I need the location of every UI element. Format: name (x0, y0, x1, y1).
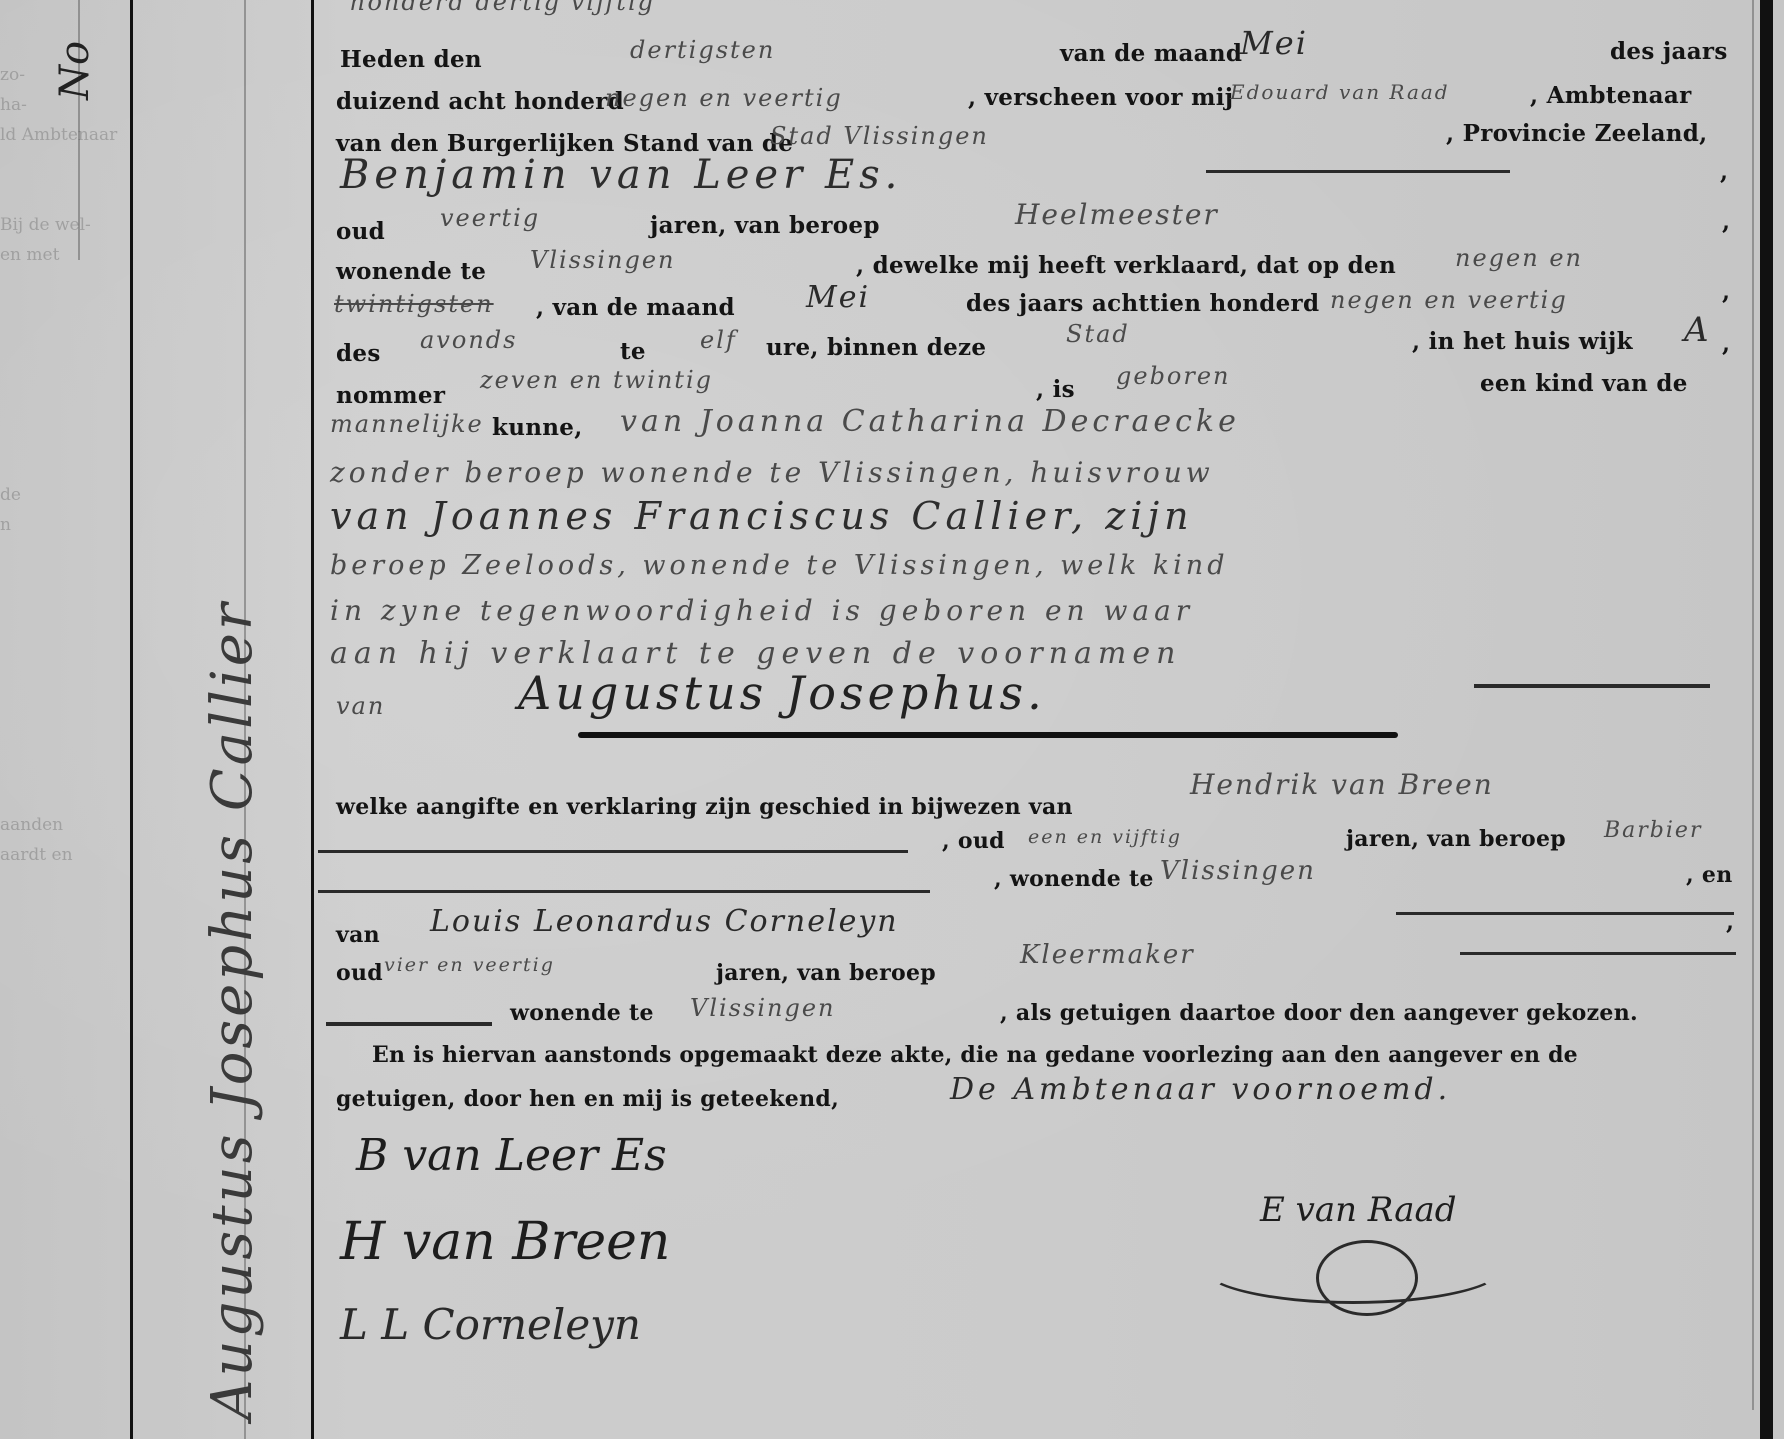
handwritten-time-of-day: avonds (420, 326, 517, 354)
printed-wonende-te-witness2: wonende te (510, 1000, 654, 1026)
signature-declarant: B van Leer Es (356, 1130, 667, 1181)
printed-van-de-maand: van de maand (1060, 40, 1242, 67)
bleed-through-line (0, 720, 120, 750)
printed-closing-line1: En is hiervan aanstonds opgemaakt deze a… (372, 1042, 1578, 1068)
printed-ambtenaar: , Ambtenaar (1530, 82, 1691, 109)
printed-kunne: kunne, (492, 414, 583, 441)
handwritten-wijk: A (1684, 310, 1711, 350)
blank-line (1206, 170, 1510, 173)
printed-in-het-huis-wijk: , in het huis wijk (1412, 328, 1633, 355)
handwritten-witness1-occupation: Barbier (1604, 818, 1702, 843)
handwritten-year: negen en veertig (605, 84, 843, 112)
signature-witness2: L L Corneleyn (340, 1300, 641, 1349)
margin-column-border-left (130, 0, 133, 1439)
bleed-through-line: aanden (0, 810, 120, 840)
handwritten-witness2-occupation: Kleermaker (1020, 940, 1195, 970)
bleed-through-text: zo-ha-ld Ambtenaar Bij de wel-en met den… (0, 60, 120, 870)
printed-des: des (336, 340, 381, 367)
handwritten-declarant-age: veertig (440, 204, 540, 232)
bleed-through-line (0, 330, 120, 360)
margin-child-name: Augustus Josephus Callier (200, 600, 265, 1420)
comma: , (1722, 208, 1730, 235)
given-names-underline (578, 732, 1398, 738)
bleed-through-line (0, 150, 120, 180)
printed-verscheen: , verscheen voor mij (968, 84, 1233, 111)
bleed-through-line (0, 180, 120, 210)
printed-closing-line2: getuigen, door hen en mij is geteekend, (336, 1086, 839, 1112)
printed-is: , is (1036, 376, 1075, 403)
bleed-through-line (0, 270, 120, 300)
bleed-through-line (0, 390, 120, 420)
printed-jaren-van-beroep-witness2: jaren, van beroep (716, 960, 936, 986)
top-partial-handwriting: honderd dertig vijftig (350, 0, 655, 16)
printed-van-de-maand-2: , van de maand (536, 294, 735, 321)
comma: , (1722, 330, 1730, 357)
bleed-through-line: de (0, 480, 120, 510)
handwritten-witness2-age: vier en veertig (384, 954, 555, 976)
printed-en: , en (1686, 862, 1733, 888)
blank-line (1396, 912, 1734, 915)
handwritten-day: dertigsten (630, 36, 775, 64)
printed-duizend-acht-honderd: duizend acht honderd (336, 88, 624, 115)
comma: , (1720, 158, 1728, 185)
handwritten-father-name: van Joannes Franciscus Callier, zijn (330, 494, 1194, 538)
printed-oud-witness2: oud (336, 960, 383, 986)
printed-jaren-van-beroep-witness1: jaren, van beroep (1346, 826, 1566, 852)
handwritten-witness2-name: Louis Leonardus Corneleyn (430, 904, 899, 939)
bleed-through-line (0, 660, 120, 690)
bleed-through-line (0, 300, 120, 330)
handwritten-given-names: Augustus Josephus. (518, 666, 1046, 720)
handwritten-ambtenaar-voornoemd: De Ambtenaar voornoemd. (950, 1072, 1451, 1107)
blank-line (1474, 684, 1710, 688)
blank-line (326, 1022, 492, 1026)
handwritten-month: Mei (1240, 24, 1308, 62)
printed-jaren-van-beroep: jaren, van beroep (650, 212, 880, 239)
signature-official: E van Raad (1260, 1190, 1457, 1230)
printed-wonende-te: wonende te (336, 258, 486, 285)
handwritten-father-occupation: beroep Zeeloods, wonende te Vlissingen, … (330, 550, 1228, 581)
printed-oud-witness1: , oud (942, 828, 1005, 854)
comma: , (1726, 908, 1734, 935)
comma: , (1722, 278, 1730, 305)
blank-line (318, 850, 908, 853)
bleed-through-line (0, 450, 120, 480)
bleed-through-line: ld Ambtenaar (0, 120, 120, 150)
handwritten-birth-day-1: negen en (1455, 244, 1583, 272)
printed-als-getuigen: , als getuigen daartoe door den aangever… (1000, 1000, 1638, 1026)
handwritten-witness1-residence: Vlissingen (1160, 856, 1316, 886)
handwritten-mother: van Joanna Catharina Decraecke (620, 404, 1240, 439)
handwritten-declarant-residence: Vlissingen (530, 246, 675, 274)
blank-line (1460, 952, 1736, 955)
form-border-right-thin (1752, 0, 1754, 1410)
handwritten-presence-statement: in zyne tegenwoordigheid is geboren en w… (330, 594, 1194, 627)
handwritten-declarant-occupation: Heelmeester (1015, 198, 1219, 231)
bleed-through-line (0, 630, 120, 660)
form-border-right-thick (1760, 0, 1773, 1439)
handwritten-official-name: Edouard van Raad (1230, 80, 1450, 104)
bleed-through-line: en met (0, 240, 120, 270)
scanned-register-page: zo-ha-ld Ambtenaar Bij de wel-en met den… (0, 0, 1784, 1439)
handwritten-sex: mannelijke (330, 410, 484, 438)
bleed-through-line (0, 540, 120, 570)
bleed-through-line (0, 600, 120, 630)
handwritten-witness2-residence: Vlissingen (690, 994, 835, 1022)
entry-number-mark: No (52, 41, 98, 100)
bleed-through-line: n (0, 510, 120, 540)
printed-heden-den: Heden den (340, 46, 482, 73)
printed-wonende-te-witness1: , wonende te (994, 866, 1154, 892)
handwritten-van: van (336, 692, 385, 720)
handwritten-declarant-name: Benjamin van Leer Es. (340, 152, 902, 198)
bleed-through-line: aardt en (0, 840, 120, 870)
bleed-through-line (0, 570, 120, 600)
handwritten-born: geboren (1116, 362, 1231, 390)
form-border-left (311, 0, 314, 1439)
handwritten-birth-day-2: twintigsten (334, 290, 494, 318)
signature-official-loop (1316, 1240, 1418, 1316)
printed-provincie-zeeland: , Provincie Zeeland, (1446, 120, 1707, 147)
bleed-through-line (0, 750, 120, 780)
printed-ure-binnen-deze: ure, binnen deze (766, 334, 986, 361)
bleed-through-line (0, 690, 120, 720)
handwritten-hour: elf (700, 326, 737, 354)
printed-oud: oud (336, 218, 385, 245)
printed-te: te (620, 338, 646, 365)
handwritten-birth-month: Mei (806, 280, 870, 315)
bleed-through-line: Bij de wel- (0, 210, 120, 240)
margin-guide-line (78, 0, 80, 260)
printed-welke-aangifte: welke aangifte en verklaring zijn geschi… (336, 794, 1073, 820)
printed-nommer: nommer (336, 382, 445, 409)
handwritten-house-number: zeven en twintig (480, 366, 713, 394)
printed-van-witness2: van (336, 922, 380, 948)
handwritten-place: Stad (1066, 320, 1130, 348)
printed-dewelke: , dewelke mij heeft verklaard, dat op de… (856, 252, 1396, 279)
handwritten-witness1-name: Hendrik van Breen (1190, 768, 1494, 801)
printed-des-jaars-achttien: des jaars achttien honderd (966, 290, 1319, 317)
bleed-through-line (0, 360, 120, 390)
printed-des-jaars: des jaars (1610, 38, 1728, 65)
printed-een-kind-van-de: een kind van de (1480, 370, 1688, 397)
handwritten-birth-year: negen en veertig (1330, 286, 1568, 314)
signature-witness1: H van Breen (340, 1212, 670, 1272)
blank-line (318, 890, 930, 893)
bleed-through-line (0, 420, 120, 450)
bleed-through-line (0, 780, 120, 810)
handwritten-municipality: Stad Vlissingen (770, 122, 989, 150)
handwritten-mother-details: zonder beroep wonende te Vlissingen, hui… (330, 456, 1214, 489)
handwritten-witness1-age: een en vijftig (1028, 826, 1182, 848)
